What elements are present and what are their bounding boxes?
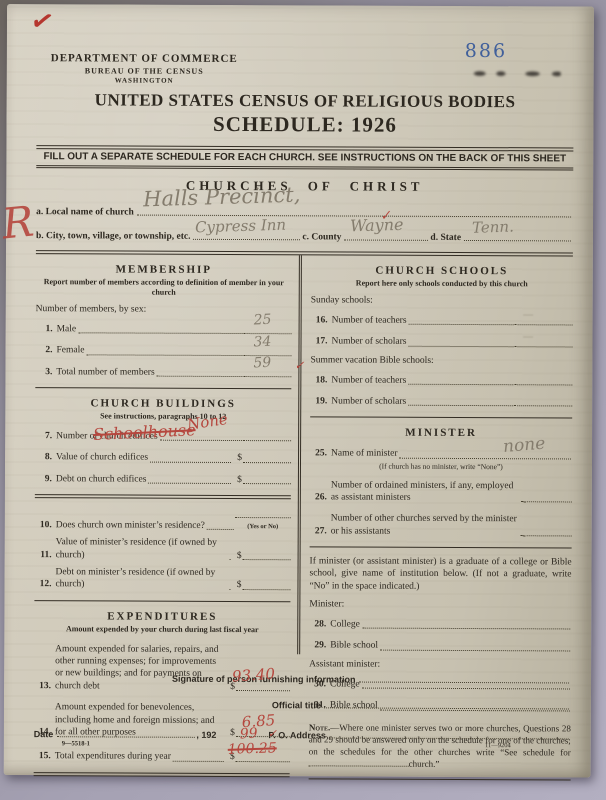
question-11-row: 11. Value of minister’s residence (if ow… [35, 537, 291, 563]
question-13-answer-blank: 93.40 [236, 681, 290, 691]
question-14-answer-blank: 6.85 [236, 727, 290, 737]
field-row-a: a. Local name of church Halls Precinct, [36, 204, 573, 219]
question-25-number: 25. [310, 448, 327, 460]
question-7-number: 7. [35, 430, 52, 442]
dollar-sign: $ [237, 579, 242, 591]
question-2-label: Female [56, 345, 84, 357]
question-13-label: Amount expended for salaries, repairs, a… [55, 643, 222, 693]
question-30-number: 30. [309, 678, 326, 690]
yes-or-no-note: (Yes or No) [247, 523, 278, 530]
city-handwriting: Cypress Inn [195, 216, 287, 237]
form-title: UNITED STATES CENSUS OF RELIGIOUS BODIES [37, 90, 574, 112]
question-27-label: Number of other churches served by the m… [331, 513, 519, 539]
dotted-leader [150, 452, 231, 462]
question-27-number: 27. [310, 525, 327, 537]
minister-title: MINISTER [310, 427, 572, 440]
question-2-number: 2. [35, 344, 52, 356]
state-label: d. State [430, 233, 461, 243]
section-divider [35, 387, 291, 389]
footnote-inline-blank [309, 757, 409, 766]
corner-check-mark: ✓ [27, 4, 57, 40]
schools-title: CHURCH SCHOOLS [311, 264, 573, 277]
agency-line-3: WASHINGTON [51, 76, 238, 86]
question-10-answer-blank [235, 508, 291, 518]
denomination-heading: CHURCHES OF CHRIST [36, 177, 573, 195]
signature-blank [359, 672, 570, 684]
expenditures-title: EXPENDITURES [34, 610, 290, 623]
question-18-answer-blank [514, 375, 572, 385]
question-28-number: 28. [309, 618, 326, 630]
state-blank: Tenn. [464, 230, 571, 241]
question-7-row: 7. Number of church edifices Schoolhouse… [35, 430, 291, 443]
dollar-sign: $ [230, 727, 235, 739]
question-12-number: 12. [34, 579, 51, 591]
question-9-row: 9. Debt on church edifices $ [35, 473, 291, 486]
question-12-row: 12. Debt on minister’s residence (if own… [34, 566, 290, 592]
question-14-number: 14. [34, 726, 51, 738]
city-label: b. City, town, village, or township, etc… [36, 231, 191, 242]
date-blank [56, 726, 194, 738]
dotted-leader [229, 580, 230, 590]
question-25-row: 25. Name of minister none [310, 448, 572, 461]
question-19-row: 19. Number of scholars [310, 395, 572, 408]
serial-number-stamp: 886 [465, 40, 507, 62]
minister-group-label: Minister: [309, 599, 571, 610]
question-17-pencil-smudge: — [523, 330, 534, 344]
membership-subtitle: Report number of members according to de… [36, 277, 292, 298]
section-divider [310, 417, 572, 419]
question-3-row: 3. Total number of members 59 ✓ [35, 366, 291, 379]
question-19-label: Number of scholars [331, 395, 406, 408]
dotted-leader [408, 396, 513, 406]
dotted-leader [521, 526, 523, 536]
question-9-number: 9. [35, 473, 52, 485]
form-subtitle: SCHEDULE: 1926 [36, 111, 573, 138]
section-divider [309, 778, 571, 780]
question-11-answer-blank [243, 550, 291, 560]
question-13-number: 13. [34, 680, 51, 692]
question-27-row: 27. Number of other churches served by t… [310, 513, 572, 539]
form-code-right: 11—9204 [485, 742, 511, 749]
question-2-answer-blank: 34 [243, 346, 291, 356]
question-26-label: Number of ordained ministers, if any, em… [331, 479, 519, 505]
form-title-block: UNITED STATES CENSUS OF RELIGIOUS BODIES… [36, 90, 573, 138]
question-1-label: Male [57, 323, 77, 335]
question-10-answer-area: (Yes or No) [235, 508, 291, 533]
question-12-label: Debt on minister’s residence (if owned b… [55, 566, 227, 591]
question-18-number: 18. [310, 374, 327, 386]
question-29-row: 29. Bible school [309, 640, 571, 653]
question-11-number: 11. [35, 549, 52, 561]
section-divider [310, 546, 572, 548]
expenditures-subtitle: Amount expended by your church during la… [34, 624, 290, 635]
vacation-schools-group-label: Summer vacation Bible schools: [310, 355, 572, 366]
margin-r-mark: R [0, 197, 36, 249]
footnote-tail: church.” [409, 759, 440, 769]
local-name-label: a. Local name of church [36, 207, 134, 217]
question-8-number: 8. [35, 452, 52, 464]
dollar-sign: $ [237, 550, 242, 562]
agency-block: DEPARTMENT OF COMMERCE BUREAU OF THE CEN… [51, 52, 238, 85]
question-2-row: 2. Female 34 [35, 344, 291, 357]
question-19-answer-blank [514, 397, 572, 407]
question-19-number: 19. [310, 395, 327, 407]
question-7-answer-blank [243, 431, 291, 441]
agency-line-1: DEPARTMENT OF COMMERCE [51, 52, 238, 67]
sunday-schools-group-label: Sunday schools: [311, 295, 573, 306]
form-codes-row: 9—5518-1 11—9204 [34, 739, 571, 755]
question-16-pencil-smudge: — [523, 309, 534, 323]
official-title-blank [324, 697, 569, 709]
dotted-leader [86, 345, 242, 356]
question-16-number: 16. [311, 314, 328, 326]
question-9-label: Debt on church edifices [56, 473, 147, 486]
city-blank: Cypress Inn [193, 229, 300, 240]
question-9-answer-blank [243, 474, 291, 484]
question-8-answer-blank [243, 453, 291, 463]
date-stamp-smudge [473, 68, 561, 79]
po-address-blank [329, 727, 569, 739]
question-13-row: 13. Amount expended for salaries, repair… [34, 643, 290, 693]
schools-subtitle: Report here only schools conducted by th… [311, 278, 573, 289]
question-16-label: Number of teachers [332, 314, 407, 327]
question-3-number: 3. [35, 366, 52, 378]
dotted-leader [362, 619, 570, 630]
dotted-leader [408, 336, 513, 346]
form-code-left: 9—5518-1 [62, 740, 90, 747]
dotted-leader [409, 315, 514, 325]
question-16-row: 16. Number of teachers — [311, 314, 573, 327]
field-row-b: b. City, town, village, or township, etc… [36, 228, 573, 243]
local-name-blank: Halls Precinct, [137, 205, 571, 218]
question-10-number: 10. [35, 519, 52, 531]
instruction-banner-text: FILL OUT A SEPARATE SCHEDULE FOR EACH CH… [36, 148, 573, 168]
county-label: c. County [302, 232, 341, 242]
question-10-row: 10. Does church own minister’s residence… [35, 507, 291, 532]
question-11-label: Value of minister’s residence (if owned … [56, 537, 228, 562]
dotted-leader [521, 493, 523, 503]
question-8-label: Value of church edifices [56, 452, 148, 465]
question-27-answer-blank [524, 526, 572, 536]
two-column-body: MEMBERSHIP Report number of members acco… [34, 254, 573, 655]
question-17-row: 17. Number of scholars — [311, 336, 573, 349]
section-divider [35, 494, 291, 499]
question-12-answer-blank [242, 580, 290, 590]
left-column: MEMBERSHIP Report number of members acco… [34, 254, 299, 654]
identity-section: R a. Local name of church Halls Precinct… [36, 204, 573, 243]
dollar-sign: $ [237, 452, 242, 464]
question-7-label: Number of church edifices [56, 430, 158, 443]
dollar-sign: $ [237, 474, 242, 486]
dotted-leader [78, 324, 243, 335]
question-3-label: Total number of members [56, 366, 154, 379]
dotted-leader [408, 375, 513, 385]
question-1-answer-blank: 25 [244, 324, 292, 334]
question-18-row: 18. Number of teachers [310, 374, 572, 387]
question-26-row: 26. Number of ordained ministers, if any… [310, 479, 572, 505]
question-30-label: College [330, 678, 360, 690]
question-16-answer-blank: — [515, 316, 573, 326]
right-column: CHURCH SCHOOLS Report here only schools … [297, 255, 573, 655]
question-25-note: (If church has no minister, write “None”… [310, 461, 572, 471]
question-17-number: 17. [311, 336, 328, 348]
question-25-label: Name of minister [331, 448, 398, 461]
county-blank: Wayne ✓ [344, 229, 428, 240]
dotted-leader [157, 367, 243, 377]
assistant-minister-group-label: Assistant minister: [309, 659, 571, 670]
dotted-leader [380, 640, 570, 651]
question-1-row: 1. Male 25 [36, 323, 292, 336]
section-divider [34, 772, 290, 777]
question-28-row: 28. College [309, 618, 571, 631]
question-26-answer-blank [524, 493, 572, 503]
question-28-label: College [330, 619, 360, 631]
question-29-label: Bible school [330, 640, 378, 653]
question-17-answer-blank: — [515, 337, 573, 347]
graduate-instruction-paragraph: If minister (or assistant minister) is a… [309, 555, 571, 593]
question-18-label: Number of teachers [331, 374, 406, 387]
state-handwriting: Tenn. [472, 217, 514, 236]
membership-title: MEMBERSHIP [36, 263, 292, 276]
question-13-handwriting: 93.40 [231, 665, 275, 687]
dotted-leader [160, 431, 242, 441]
section-divider [34, 600, 290, 602]
dotted-leader: none [400, 448, 572, 459]
buildings-subtitle: See instructions, paragraphs 10 to 12 [35, 411, 291, 422]
dotted-leader [207, 520, 234, 530]
question-29-number: 29. [309, 640, 326, 652]
question-3-answer-blank: 59 ✓ [243, 367, 291, 377]
dollar-sign: $ [230, 681, 235, 693]
question-8-row: 8. Value of church edifices $ [35, 452, 291, 465]
membership-intro: Number of members, by sex: [36, 304, 292, 315]
buildings-title: CHURCH BUILDINGS [35, 397, 291, 410]
instruction-banner: FILL OUT A SEPARATE SCHEDULE FOR EACH CH… [36, 145, 573, 170]
dotted-leader [230, 550, 231, 560]
census-schedule-sheet: ✓ DEPARTMENT OF COMMERCE BUREAU OF THE C… [4, 4, 594, 778]
dotted-leader [148, 474, 231, 484]
question-17-label: Number of scholars [332, 336, 407, 349]
question-26-number: 26. [310, 491, 327, 503]
question-1-number: 1. [36, 323, 53, 335]
question-14-handwriting: 6.85 [241, 711, 276, 733]
question-10-label: Does church own minister’s residence? [56, 519, 205, 532]
